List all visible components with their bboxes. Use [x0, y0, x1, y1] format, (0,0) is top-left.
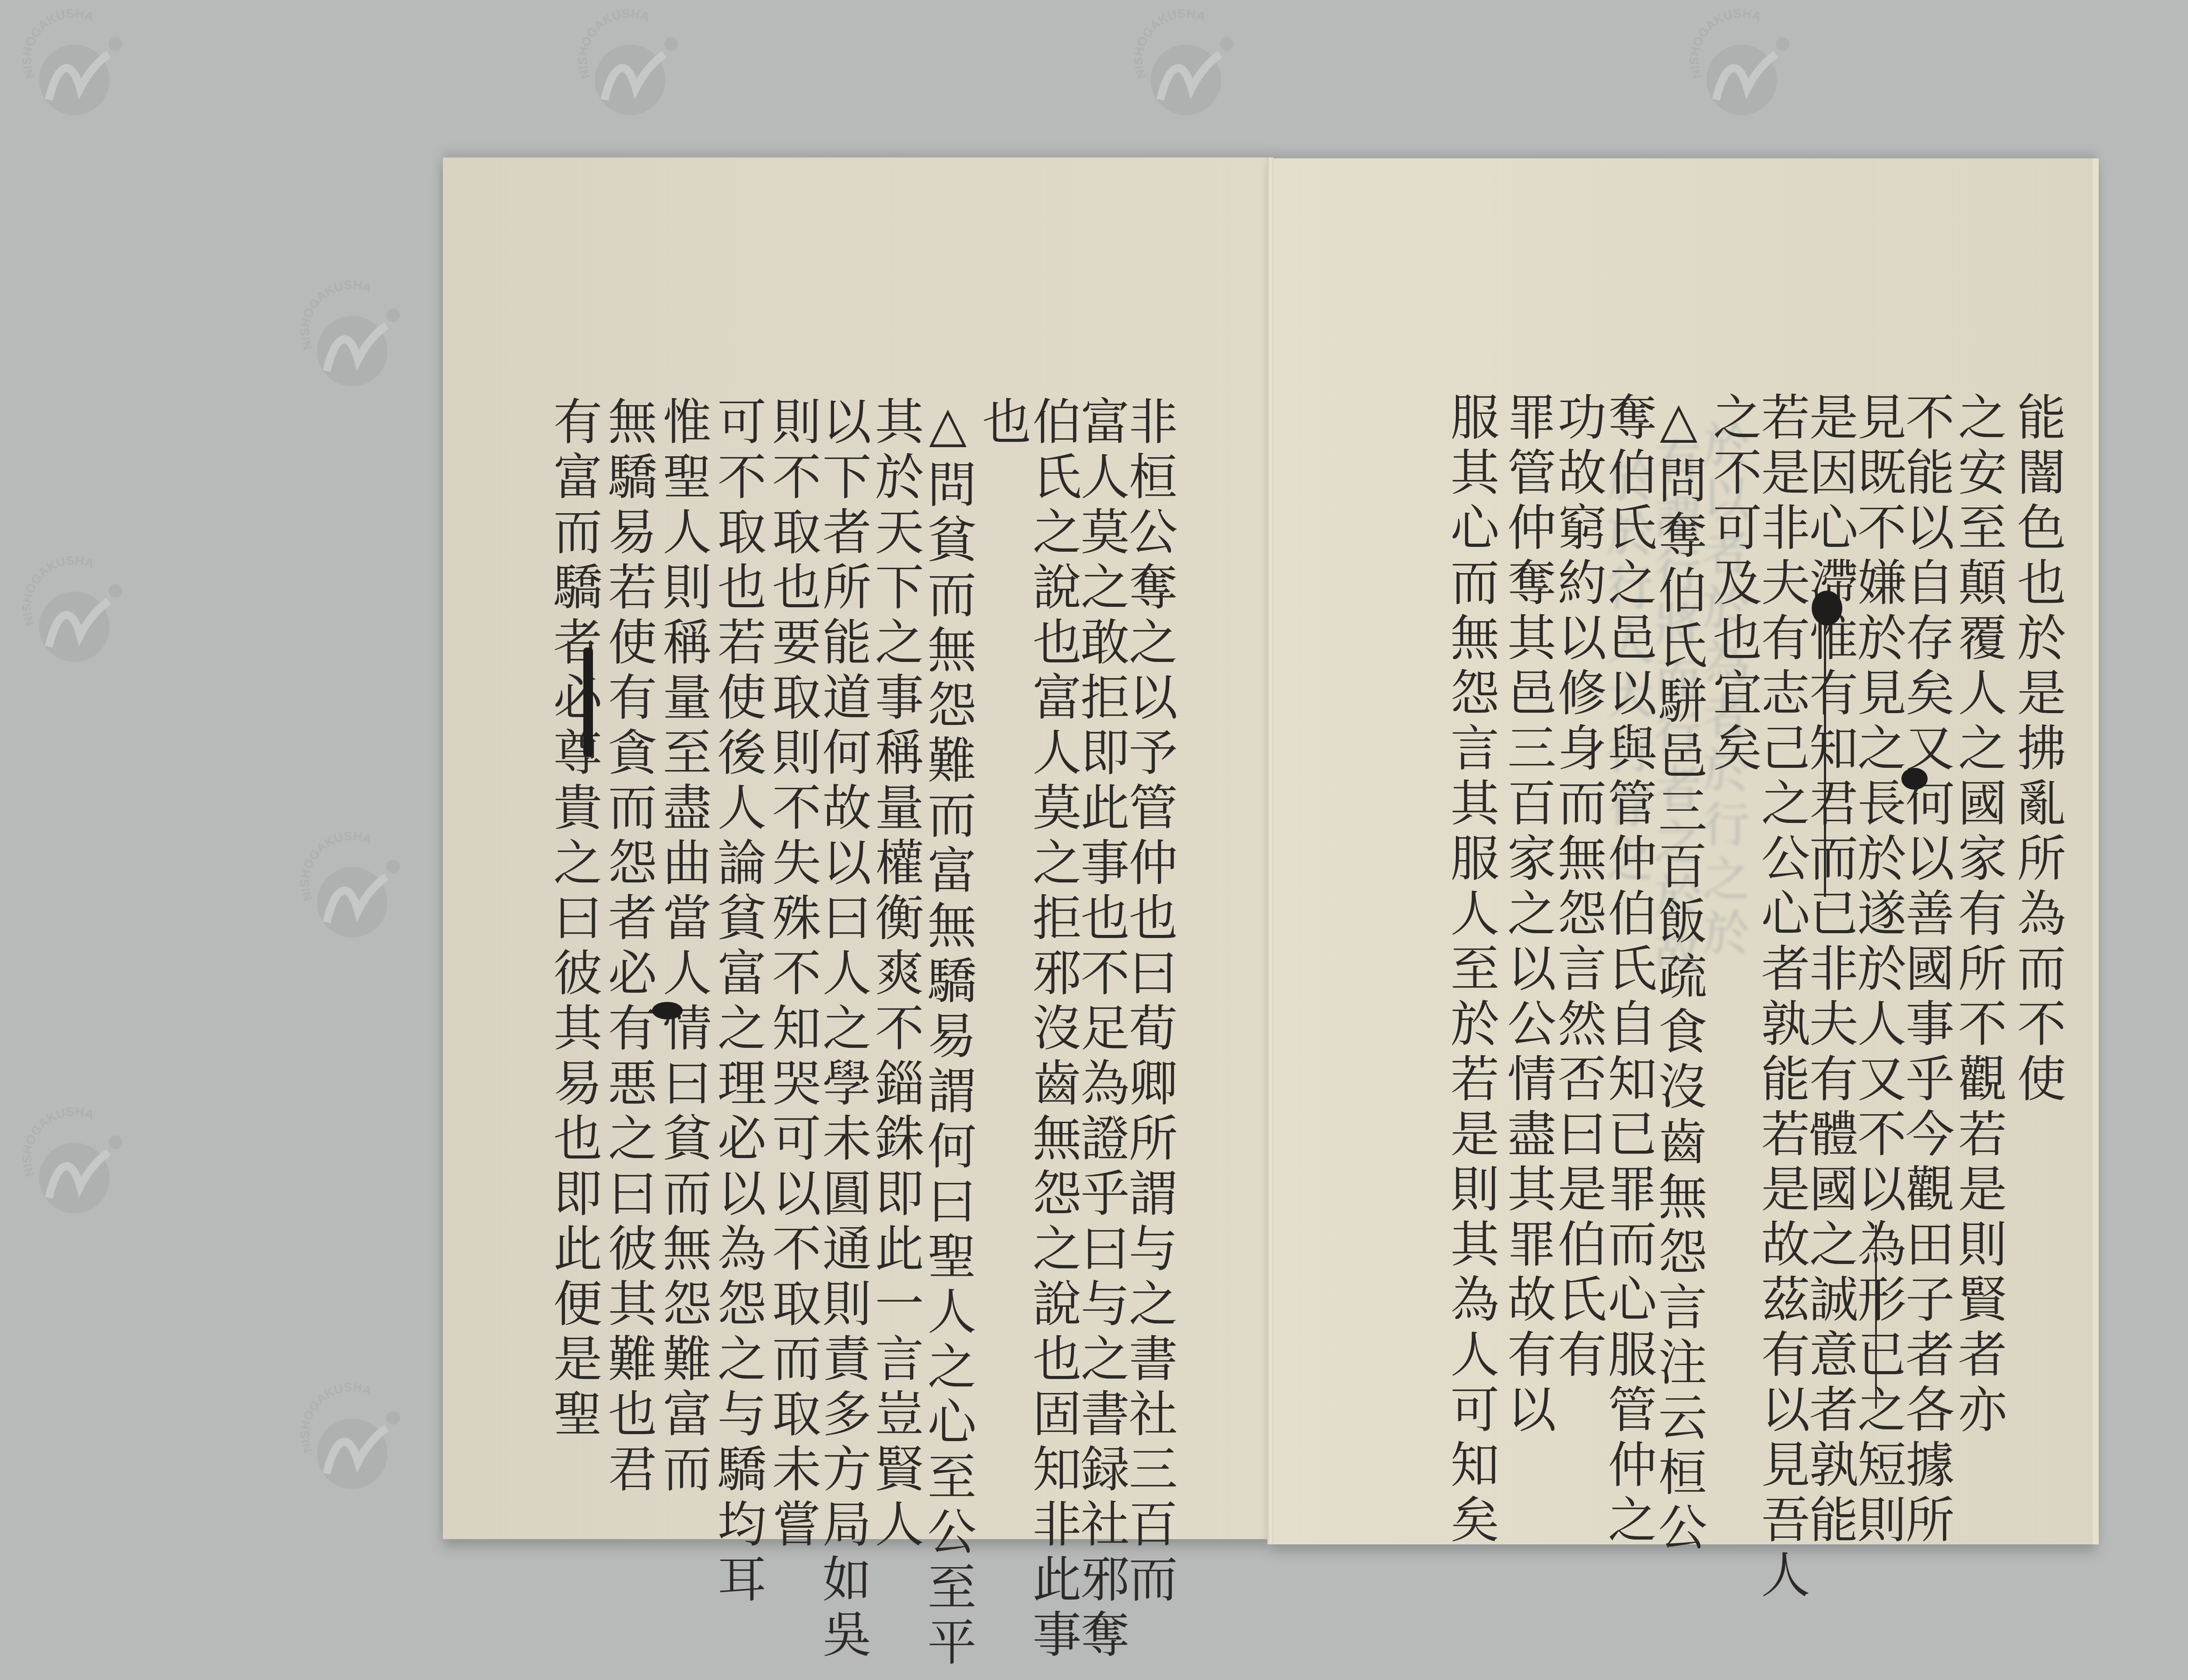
nishogakusha-logo-icon: NISHOGAKUSHA: [295, 1382, 409, 1496]
manuscript-column: 服其心而無怨言其服人至於若是則其為人可知矣: [1446, 392, 1495, 1549]
nishogakusha-logo-icon: NISHOGAKUSHA: [1685, 9, 1799, 122]
manuscript-column: 也: [978, 396, 1027, 451]
svg-text:NISHOGAKUSHA: NISHOGAKUSHA: [298, 831, 374, 903]
nishogakusha-logo-icon: NISHOGAKUSHA: [1129, 9, 1243, 122]
nishogakusha-logo-icon: NISHOGAKUSHA: [295, 831, 409, 945]
manuscript-column: 其於天下之事稱量權衡爽不錙銖即此一言豈賢人: [871, 396, 920, 1554]
svg-text:NISHOGAKUSHA: NISHOGAKUSHA: [298, 280, 374, 352]
book-gutter: [1267, 157, 1273, 1544]
correction-stroke: [583, 647, 593, 757]
manuscript-column: 罪管仲奪其邑三百家之以公情盡其罪故有以: [1503, 392, 1552, 1439]
nishogakusha-logo-icon: NISHOGAKUSHA: [573, 9, 687, 122]
svg-text:NISHOGAKUSHA: NISHOGAKUSHA: [1687, 9, 1763, 80]
manuscript-column: 之安至顛覆人之國家有所不觀若是則賢者亦: [1954, 392, 2003, 1439]
manuscript-column: 富人莫之敢拒即此事也不足為證乎曰与之書録社邪奪: [1076, 396, 1126, 1664]
svg-text:NISHOGAKUSHA: NISHOGAKUSHA: [1132, 9, 1207, 80]
svg-text:NISHOGAKUSHA: NISHOGAKUSHA: [20, 1107, 96, 1179]
manuscript-column: 若是非夫有志己之公心者孰能若是故茲有以見吾人: [1757, 392, 1806, 1604]
nishogakusha-logo-icon: NISHOGAKUSHA: [18, 556, 131, 669]
manuscript-column: 之不可及也宜矣: [1709, 392, 1758, 777]
manuscript-column: 則不取也要取則不失殊不知哭可以不取而取未嘗: [768, 396, 817, 1554]
manuscript-column: 有富而驕者必尊貴之曰彼其易也即此便是聖: [549, 396, 598, 1443]
nishogakusha-logo-icon: NISHOGAKUSHA: [18, 1107, 131, 1221]
manuscript-column: 惟聖人則稱量至盡曲當人情曰貧而無怨難富而: [659, 396, 708, 1498]
manuscript-column: 不能以自存矣又何以善國事乎今觀田子者各據所: [1901, 392, 1950, 1549]
ink-line: [1824, 626, 1826, 897]
svg-text:NISHOGAKUSHA: NISHOGAKUSHA: [20, 556, 96, 627]
manuscript-column: 奪伯氏之邑以與管仲伯氏自知已罪而心服管仲之: [1604, 392, 1653, 1549]
ink-blot: [652, 1002, 683, 1019]
page-edge: [2093, 158, 2099, 1544]
ink-line: [1875, 1225, 1877, 1409]
nishogakusha-logo-icon: NISHOGAKUSHA: [295, 280, 409, 394]
nishogakusha-logo-icon: NISHOGAKUSHA: [18, 9, 131, 122]
manuscript-column: 無驕易若使有貪而怨者必有悪之曰彼其難也君: [604, 396, 653, 1498]
manuscript-column: 功故窮約以修身而無怨言然否曰是伯氏有: [1553, 392, 1602, 1384]
manuscript-column: 可不取也若使後人論貧富之理必以為怨之与驕均耳: [713, 396, 762, 1609]
svg-text:NISHOGAKUSHA: NISHOGAKUSHA: [298, 1382, 374, 1454]
manuscript-column: 以下者所能道何故以曰人之學未圓通則責多方局如吳: [818, 396, 867, 1664]
ink-blot: [1812, 591, 1842, 626]
ink-blot: [1901, 768, 1928, 790]
manuscript-column: 見既不嫌於見之長於遂於人又不以為形已之短則: [1853, 392, 1902, 1549]
svg-text:NISHOGAKUSHA: NISHOGAKUSHA: [576, 9, 652, 80]
manuscript-column: 非桓公奪之以予管仲也曰荀卿所謂与之書社三百而: [1125, 396, 1174, 1609]
manuscript-column: 伯氏之說也富人莫之拒邪沒齒無怨之說也固知非此事: [1028, 396, 1077, 1664]
manuscript-column: 是因心滯惟有知君而已非夫有體國之誠意者孰能: [1805, 392, 1854, 1549]
manuscript-column: △問貧而無怨難而富無驕易謂何曰聖人之心至公至平: [923, 396, 972, 1672]
svg-text:NISHOGAKUSHA: NISHOGAKUSHA: [20, 9, 96, 80]
manuscript-column: △問奪伯氏駢邑三百飯疏食沒齒無怨言注云桓公: [1654, 392, 1703, 1557]
manuscript-column: 能闇色也於是拂亂所為而不使: [2013, 392, 2062, 1108]
